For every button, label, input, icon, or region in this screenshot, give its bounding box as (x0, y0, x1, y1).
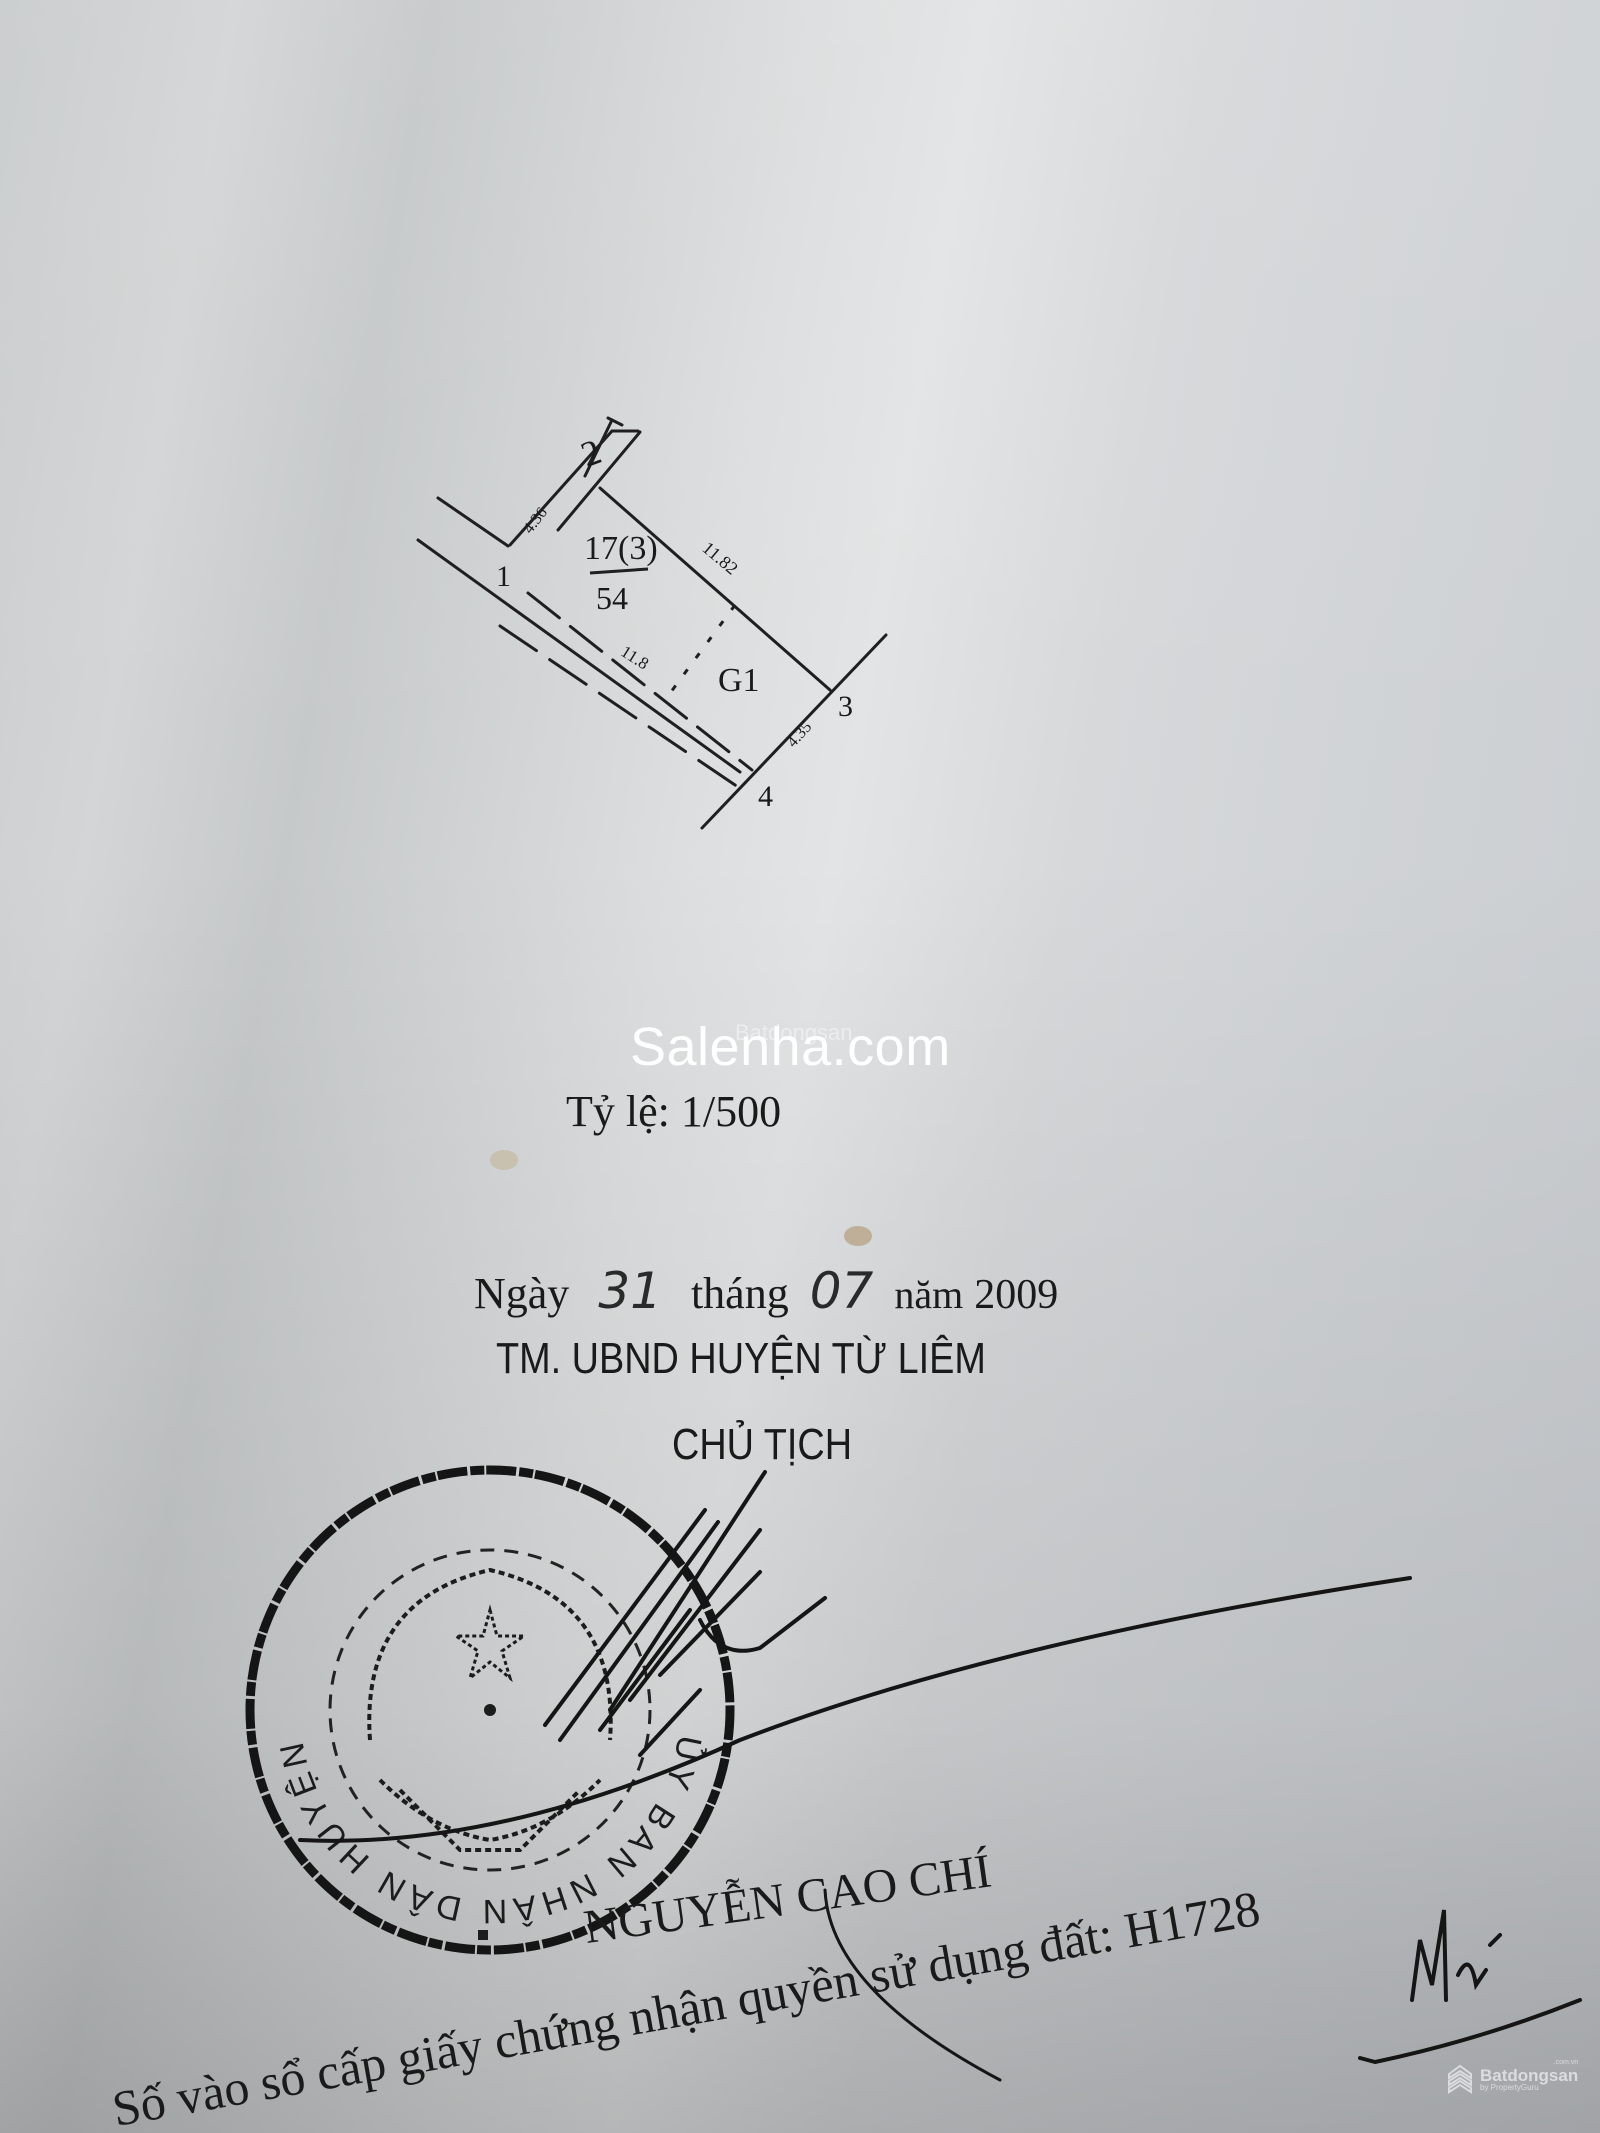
corner-watermark-brand: Batdongsan (1480, 2067, 1578, 2084)
corner-watermark-tld: .com.vn (1554, 2059, 1579, 2066)
corner-watermark: .com.vn Batdongsan by PropertyGuru (1446, 2064, 1578, 2094)
initials (0, 0, 1600, 2133)
batdongsan-logo-icon (1446, 2064, 1474, 2094)
corner-watermark-sub: by PropertyGuru (1480, 2084, 1578, 2092)
